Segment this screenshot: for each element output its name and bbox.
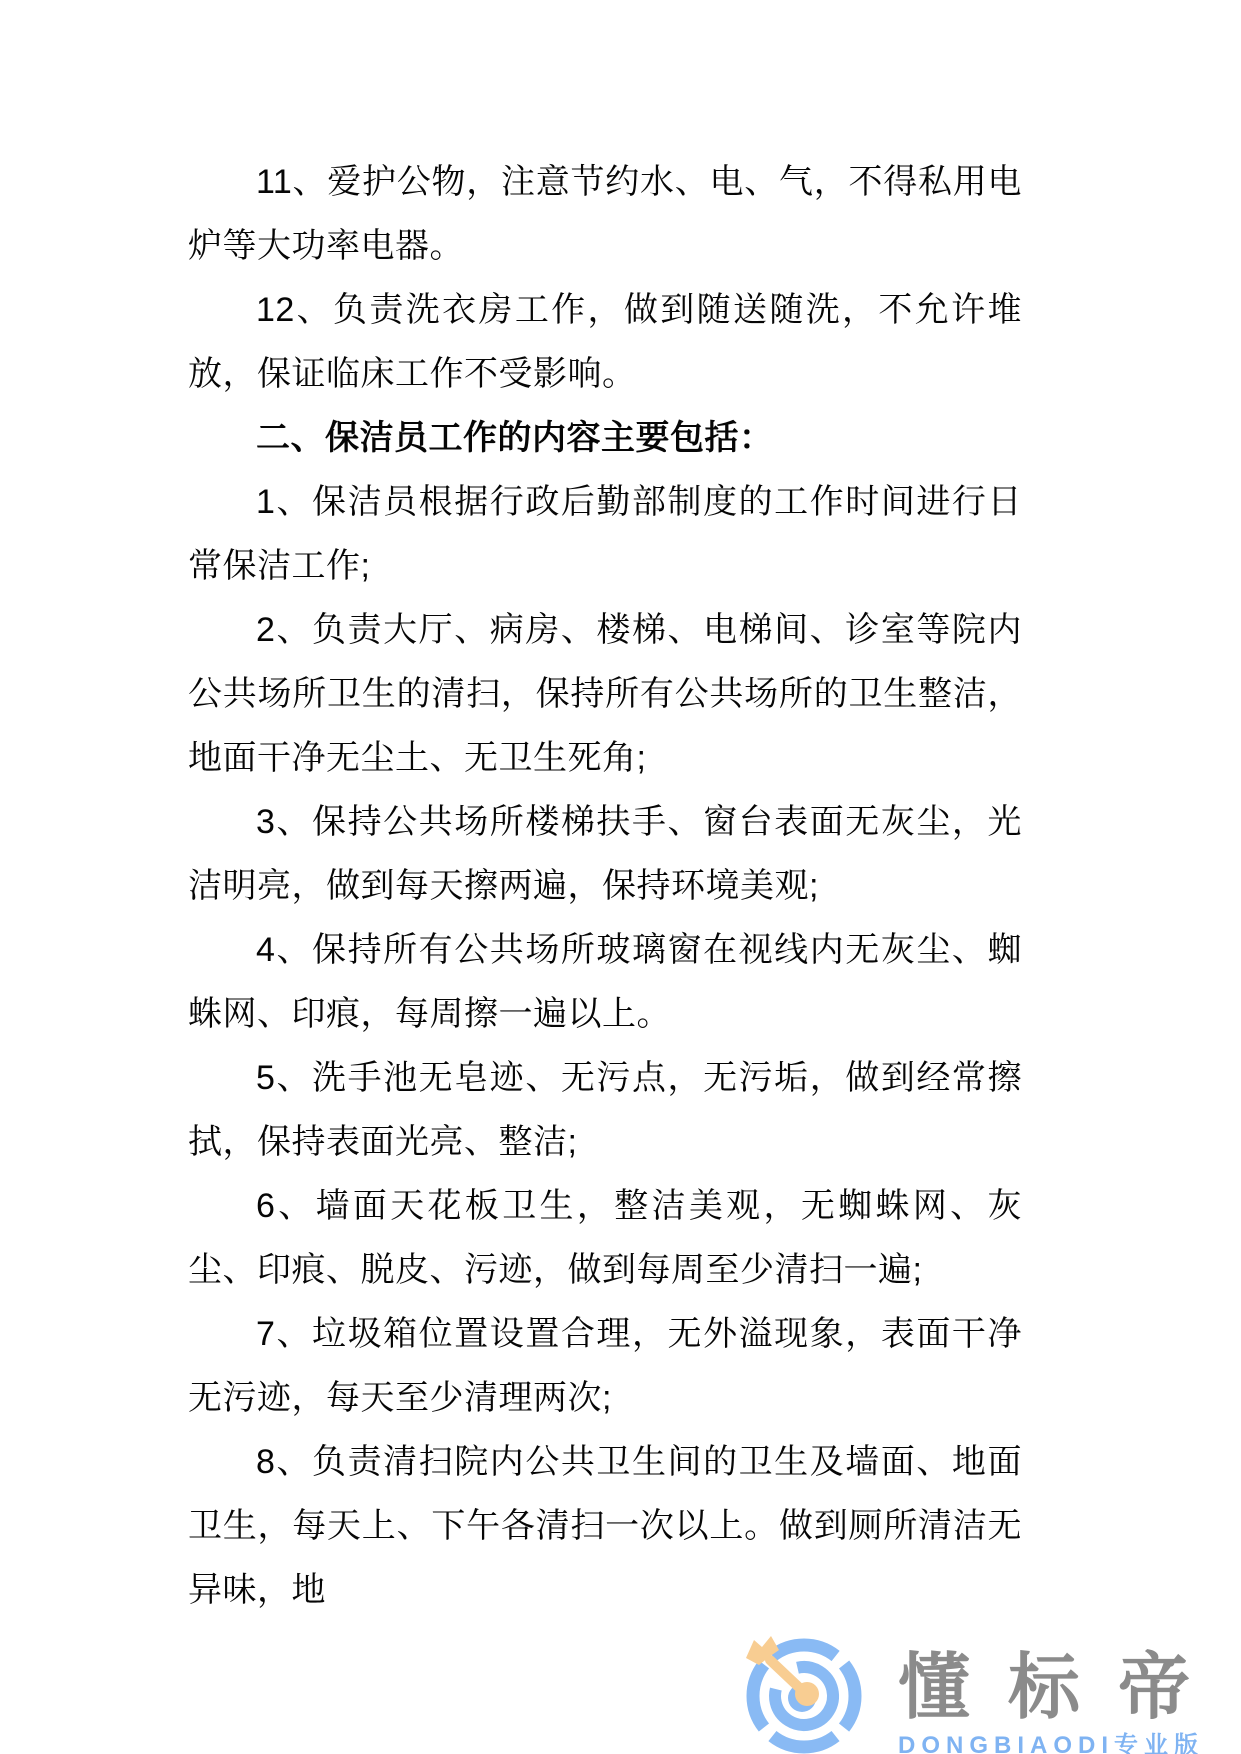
paragraph: 3、保持公共场所楼梯扶手、窗台表面无灰尘，光洁明亮，做到每天擦两遍，保持环境美观… [188, 790, 1022, 918]
paragraph: 11、爱护公物，注意节约水、电、气，不得私用电炉等大功率电器。 [188, 150, 1022, 278]
paragraph: 12、负责洗衣房工作，做到随送随洗，不允许堆放，保证临床工作不受影响。 [188, 278, 1022, 406]
watermark-brand-en: DONGBIAODI [898, 1732, 1114, 1754]
watermark-caption: DONGBIAODI专业版 [898, 1734, 1228, 1754]
paragraph: 6、墙面天花板卫生，整洁美观，无蜘蛛网、灰尘、印痕、脱皮、污迹，做到每周至少清扫… [188, 1174, 1022, 1302]
watermark: 懂标帝 DONGBIAODI专业版 [744, 1634, 1228, 1754]
watermark-brand-cn: 懂标帝 [898, 1652, 1228, 1724]
watermark-text: 懂标帝 DONGBIAODI专业版 [898, 1634, 1228, 1754]
paragraph: 2、负责大厅、病房、楼梯、电梯间、诊室等院内公共场所卫生的清扫，保持所有公共场所… [188, 598, 1022, 790]
paragraph: 1、保洁员根据行政后勤部制度的工作时间进行日常保洁工作; [188, 470, 1022, 598]
document-body: 11、爱护公物，注意节约水、电、气，不得私用电炉等大功率电器。12、负责洗衣房工… [188, 150, 1022, 1622]
dart-target-icon [744, 1634, 866, 1754]
paragraph: 7、垃圾箱位置设置合理，无外溢现象，表面干净无污迹，每天至少清理两次; [188, 1302, 1022, 1430]
paragraph: 5、洗手池无皂迹、无污点，无污垢，做到经常擦拭，保持表面光亮、整洁; [188, 1046, 1022, 1174]
document-page: { "page": { "background_color": "#ffffff… [0, 0, 1241, 1754]
paragraph: 4、保持所有公共场所玻璃窗在视线内无灰尘、蜘蛛网、印痕，每周擦一遍以上。 [188, 918, 1022, 1046]
section-heading: 二、保洁员工作的内容主要包括： [188, 406, 1022, 470]
paragraph: 8、负责清扫院内公共卫生间的卫生及墙面、地面卫生，每天上、下午各清扫一次以上。做… [188, 1430, 1022, 1622]
watermark-edition: 专业版 [1114, 1732, 1204, 1754]
